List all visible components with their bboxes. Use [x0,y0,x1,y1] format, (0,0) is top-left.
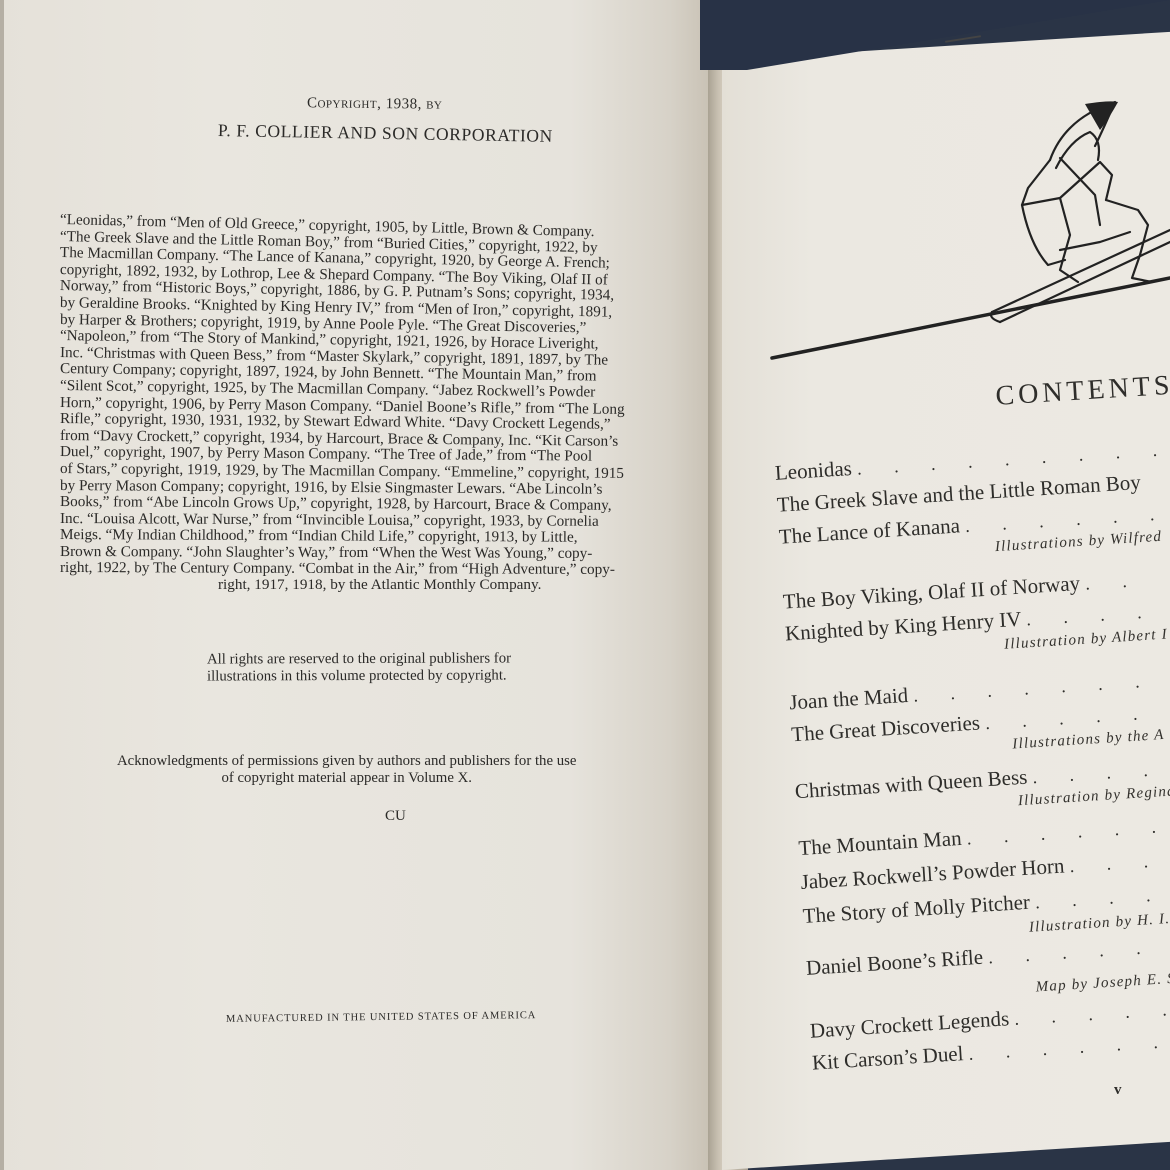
ack-note-line: of copyright material appear in Volume X… [117,770,576,787]
ack-line: right, 1922, by The Century Company. “Co… [60,560,710,579]
manufactured-notice: MANUFACTURED IN THE UNITED STATES OF AME… [226,1010,536,1025]
left-page-copyright: Copyright, 1938, by P. F. COLLIER AND SO… [0,0,712,1170]
rights-line: All rights are reserved to the original … [207,650,511,668]
copyright-year-line: Copyright, 1938, by [307,95,443,113]
rights-notice: All rights are reserved to the original … [207,650,511,684]
page-edge [0,0,4,1170]
page-number: v [1114,1082,1122,1099]
acknowledgments-paragraph: “Leonidas,” from “Men of Old Greece,” co… [60,212,710,594]
frontiersman-illustration-icon [760,20,1170,370]
acknowledgments-note: Acknowledgments of permissions given by … [117,753,576,786]
toc-entry-title: Leonidas [774,456,852,485]
toc-leader-dots: . . [1085,570,1142,593]
ack-note-line: Acknowledgments of permissions given by … [117,753,576,770]
printer-mark: CU [385,808,406,825]
copyright-holder: P. F. COLLIER AND SON CORPORATION [218,120,553,147]
rights-line: illustrations in this volume protected b… [207,667,511,685]
toc-leader-dots: . . . [1069,850,1163,876]
ack-line: right, 1917, 1918, by the Atlantic Month… [60,577,710,594]
